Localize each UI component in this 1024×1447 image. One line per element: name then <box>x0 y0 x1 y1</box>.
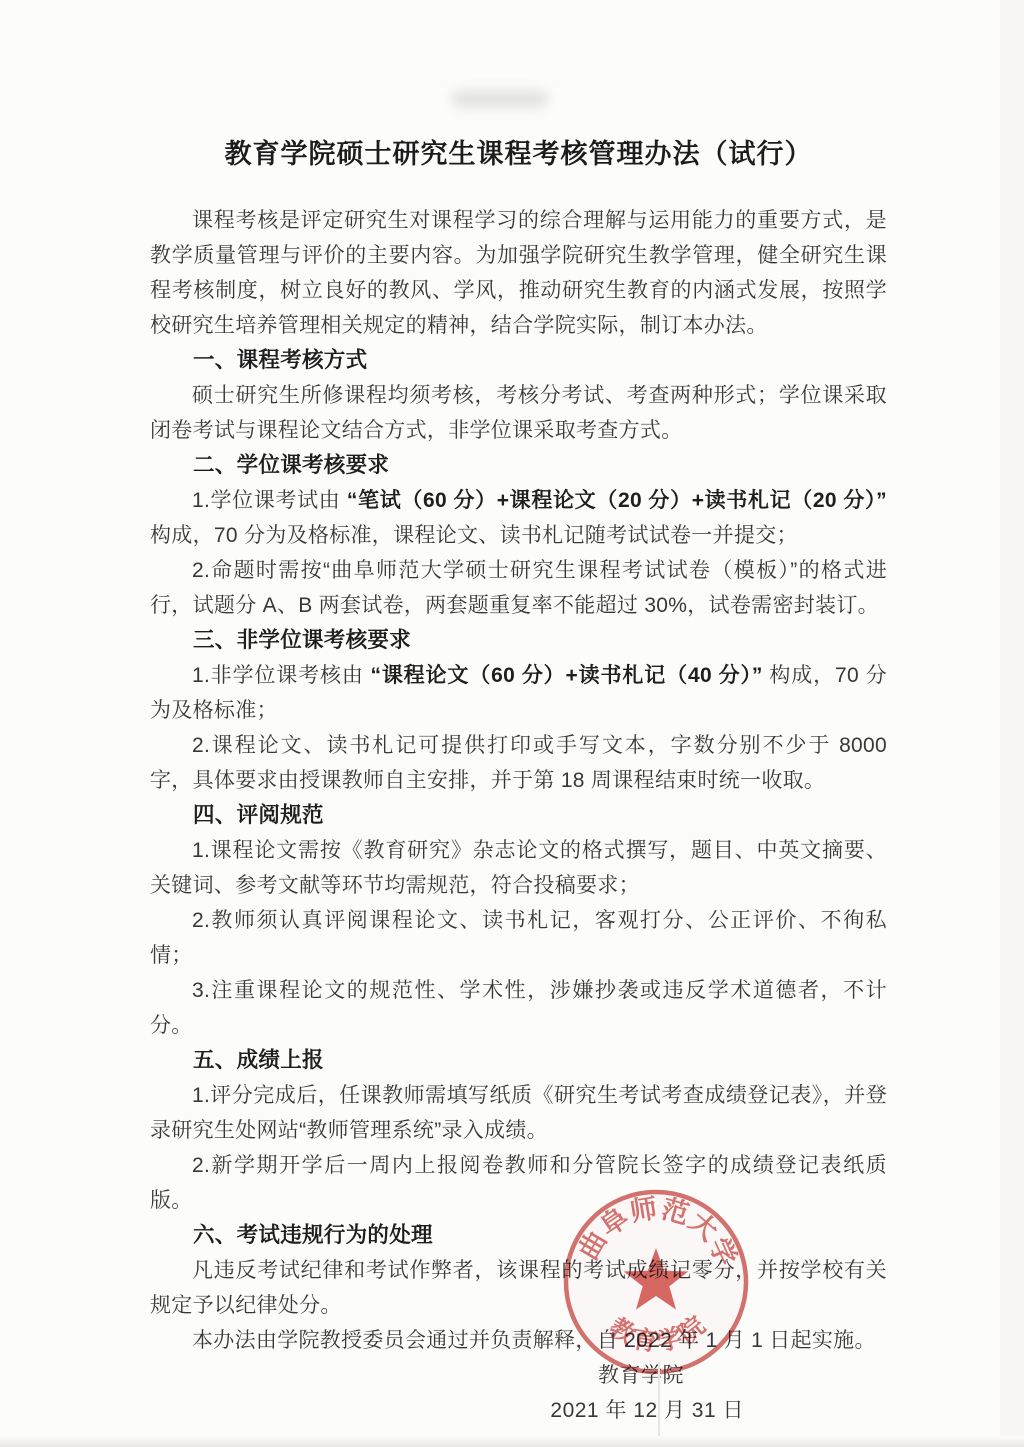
section-heading: 六、考试违规行为的处理 <box>150 1218 887 1253</box>
text-run: 1.课程论文需按《教育研究》杂志论文的格式撰写，题目、中英文摘要、关键词、参考文… <box>150 839 887 897</box>
paragraph: 2.命题时需按“曲阜师范大学硕士研究生课程考试试卷（模板）”的格式进行，试题分 … <box>150 553 887 623</box>
paragraph: 本办法由学院教授委员会通过并负责解释，自 2022 年 1 月 1 日起实施。 <box>150 1323 887 1358</box>
official-seal-stamp: 曲阜师范大学 教育学院 <box>556 1182 756 1382</box>
text-run: 一、课程考核方式 <box>193 348 367 372</box>
paragraph: 1.评分完成后，任课教师需填写纸质《研究生考试考查成绩登记表》，并登录研究生处网… <box>150 1078 887 1148</box>
text-run: 2.教师须认真评阅课程论文、读书札记，客观打分、公正评价、不徇私情； <box>150 909 887 967</box>
text-run: 三、非学位课考核要求 <box>193 628 411 652</box>
signature-organization: 教育学院 <box>150 1358 887 1393</box>
text-run: 3.注重课程论文的规范性、学术性，涉嫌抄袭或违反学术道德者，不计分。 <box>150 979 887 1037</box>
paragraph: 1.非学位课考核由 “课程论文（60 分）+读书札记（40 分）” 构成，70 … <box>150 658 887 728</box>
text-run: 四、评阅规范 <box>193 803 324 827</box>
scan-edge-shading <box>1000 0 1024 1447</box>
text-run: 1.评分完成后，任课教师需填写纸质《研究生考试考查成绩登记表》，并登录研究生处网… <box>150 1084 887 1142</box>
paragraph: 1.学位课考试由 “笔试（60 分）+课程论文（20 分）+读书札记（20 分）… <box>150 483 887 553</box>
section-heading: 一、课程考核方式 <box>150 343 887 378</box>
section-heading: 四、评阅规范 <box>150 798 887 833</box>
section-heading: 三、非学位课考核要求 <box>150 623 887 658</box>
paragraph: 3.注重课程论文的规范性、学术性，涉嫌抄袭或违反学术道德者，不计分。 <box>150 973 887 1043</box>
paragraph: 课程考核是评定研究生对课程学习的综合理解与运用能力的重要方式，是教学质量管理与评… <box>150 203 887 343</box>
page-bottom-edge <box>0 1436 1024 1447</box>
paragraph: 2.教师须认真评阅课程论文、读书札记，客观打分、公正评价、不徇私情； <box>150 903 887 973</box>
text-run: 1.非学位课考核由 <box>192 664 370 687</box>
text-run: 硕士研究生所修课程均须考核，考核分考试、考查两种形式；学位课采取闭卷考试与课程论… <box>150 384 887 442</box>
paragraph: 2.课程论文、读书札记可提供打印或手写文本，字数分别不少于 8000 字，具体要… <box>150 728 887 798</box>
text-run: 2.新学期开学后一周内上报阅卷教师和分管院长签字的成绩登记表纸质版。 <box>150 1154 887 1212</box>
document-body: 课程考核是评定研究生对课程学习的综合理解与运用能力的重要方式，是教学质量管理与评… <box>150 203 887 1358</box>
emphasis-text: “课程论文（60 分）+读书札记（40 分）” <box>370 664 762 687</box>
text-run: 2.命题时需按“曲阜师范大学硕士研究生课程考试试卷（模板）”的格式进行，试题分 … <box>150 559 887 617</box>
text-run: 六、考试违规行为的处理 <box>193 1223 433 1247</box>
text-run: 课程考核是评定研究生对课程学习的综合理解与运用能力的重要方式，是教学质量管理与评… <box>150 209 887 337</box>
document-content: 教育学院硕士研究生课程考核管理办法（试行） 课程考核是评定研究生对课程学习的综合… <box>150 0 887 1428</box>
scanned-document-page: 教育学院硕士研究生课程考核管理办法（试行） 课程考核是评定研究生对课程学习的综合… <box>0 0 1024 1447</box>
text-run: 五、成绩上报 <box>193 1048 324 1072</box>
paragraph: 2.新学期开学后一周内上报阅卷教师和分管院长签字的成绩登记表纸质版。 <box>150 1148 887 1218</box>
text-run: 本办法由学院教授委员会通过并负责解释，自 2022 年 1 月 1 日起实施。 <box>192 1329 876 1352</box>
text-run: 凡违反考试纪律和考试作弊者，该课程的考试成绩记零分，并按学校有关规定予以纪律处分… <box>150 1259 887 1317</box>
scan-crease-line <box>658 1362 660 1447</box>
emphasis-text: “笔试（60 分）+课程论文（20 分）+读书札记（20 分）” <box>347 489 887 512</box>
text-run: 二、学位课考核要求 <box>193 453 389 477</box>
paragraph: 1.课程论文需按《教育研究》杂志论文的格式撰写，题目、中英文摘要、关键词、参考文… <box>150 833 887 903</box>
paragraph: 硕士研究生所修课程均须考核，考核分考试、考查两种形式；学位课采取闭卷考试与课程论… <box>150 378 887 448</box>
text-run: 构成，70 分为及格标准，课程论文、读书札记随考试试卷一并提交； <box>150 524 798 547</box>
document-title: 教育学院硕士研究生课程考核管理办法（试行） <box>150 134 887 174</box>
section-heading: 二、学位课考核要求 <box>150 448 887 483</box>
text-run: 1.学位课考试由 <box>192 489 347 512</box>
text-run: 2.课程论文、读书札记可提供打印或手写文本，字数分别不少于 8000 字，具体要… <box>150 734 887 792</box>
section-heading: 五、成绩上报 <box>150 1043 887 1078</box>
signature-block: 教育学院 2021 年 12 月 31 日 <box>150 1358 887 1428</box>
paragraph: 凡违反考试纪律和考试作弊者，该课程的考试成绩记零分，并按学校有关规定予以纪律处分… <box>150 1253 887 1323</box>
signature-date: 2021 年 12 月 31 日 <box>150 1393 887 1428</box>
